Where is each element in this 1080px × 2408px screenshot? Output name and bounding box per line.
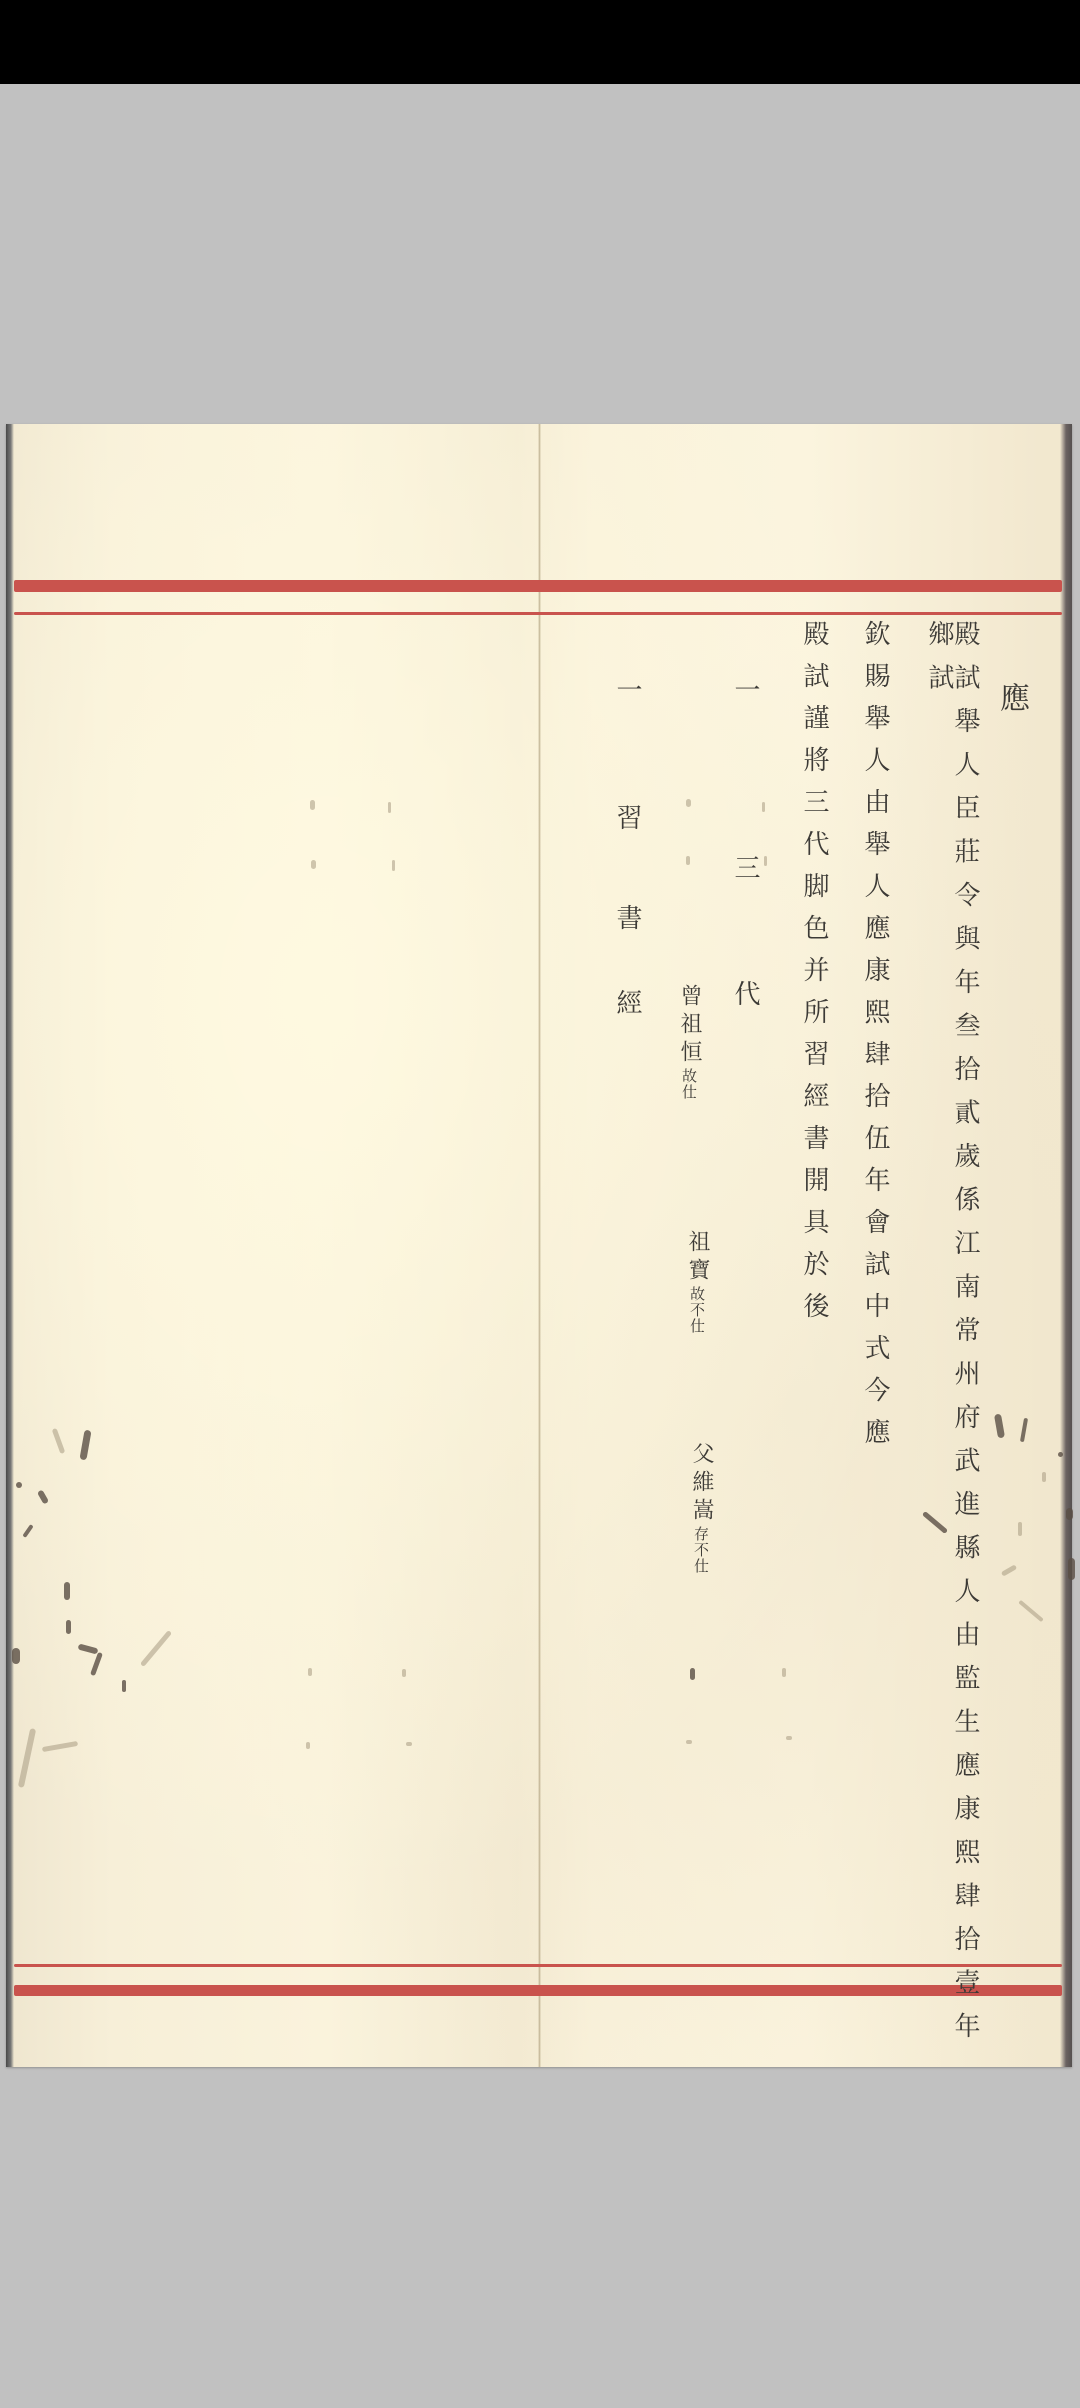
top-red-rule-thick: [14, 580, 1062, 592]
three-generations-label-2: 代: [732, 980, 758, 1020]
wormhole-mark: [782, 1668, 786, 1677]
wormhole-mark: [22, 1524, 33, 1538]
wormhole-mark: [311, 860, 316, 869]
wormhole-mark: [1020, 1418, 1028, 1442]
wormhole-mark: [1066, 1508, 1073, 1520]
ancestor-relation: 曾祖: [677, 984, 702, 1040]
ancestor-note: 不仕: [692, 1542, 710, 1574]
top-red-rule-thin: [14, 612, 1062, 615]
page-edge-left: [6, 424, 14, 2067]
wormhole-mark: [18, 1728, 36, 1788]
text-column-3: 殿試謹將三代脚色并所習經書開具於後: [801, 620, 827, 1334]
wormhole-mark: [122, 1680, 126, 1692]
wormhole-mark: [66, 1620, 71, 1634]
wormhole-mark: [686, 799, 691, 807]
bottom-red-rule-thin: [14, 1964, 1062, 1967]
wormhole-mark: [12, 1648, 20, 1664]
ancestor-note: 存: [692, 1526, 710, 1542]
wormhole-mark: [786, 1736, 792, 1740]
classic-marker: 一: [614, 676, 640, 716]
ancestor-note: 故: [680, 1068, 698, 1084]
page-edge-right: [1060, 424, 1072, 2067]
ancestor-note: 仕: [680, 1084, 698, 1100]
wormhole-mark: [392, 860, 395, 871]
ancestor-great-grandfather: 曾祖恒故仕: [674, 984, 705, 1100]
wormhole-mark: [1001, 1564, 1017, 1576]
wormhole-mark: [402, 1669, 406, 1677]
heading-character: 應: [996, 682, 1026, 726]
status-bar: [0, 0, 1080, 84]
text-column-1: 殿試舉人臣莊令與年叁拾貳歲係江南常州府武進縣人由監生應康熙肆拾壹年鄉試: [926, 620, 978, 2067]
ancestor-name: 恒: [677, 1040, 702, 1068]
wormhole-mark: [140, 1630, 172, 1667]
scanned-document-page: 應 殿試舉人臣莊令與年叁拾貳歲係江南常州府武進縣人由監生應康熙肆拾壹年鄉試 欽賜…: [6, 424, 1072, 2067]
ancestor-relation: 祖: [685, 1230, 710, 1258]
center-fold: [538, 424, 541, 2067]
wormhole-mark: [764, 856, 767, 866]
ancestor-grandfather: 祖寶故不仕: [682, 1230, 713, 1334]
three-generations-marker: 一: [732, 676, 758, 716]
ancestor-note: 不仕: [688, 1302, 706, 1334]
wormhole-mark: [64, 1582, 70, 1600]
ancestor-name: 寶: [685, 1258, 710, 1286]
wormhole-mark: [686, 1740, 692, 1744]
wormhole-mark: [37, 1489, 49, 1504]
wormhole-mark: [90, 1652, 103, 1676]
wormhole-mark: [690, 1668, 695, 1680]
wormhole-mark: [306, 1742, 310, 1749]
ancestor-name: 維嵩: [689, 1470, 714, 1526]
wormhole-mark: [1042, 1472, 1046, 1482]
ancestor-note: 故: [688, 1286, 706, 1302]
wormhole-mark: [1068, 1558, 1075, 1580]
three-generations-label-1: 三: [732, 854, 758, 894]
wormhole-mark: [1018, 1522, 1022, 1536]
wormhole-mark: [308, 1668, 312, 1676]
wormhole-mark: [79, 1430, 91, 1461]
text-column-2: 欽賜舉人由舉人應康熙肆拾伍年會試中式今應: [862, 620, 888, 1460]
classic-char-2: 書: [614, 904, 640, 944]
wormhole-mark: [994, 1414, 1005, 1439]
wormhole-mark: [78, 1644, 99, 1655]
bottom-red-rule-thick: [14, 1985, 1062, 1996]
ancestor-relation: 父: [689, 1442, 714, 1470]
wormhole-mark: [388, 802, 391, 813]
wormhole-mark: [762, 802, 765, 812]
wormhole-mark: [1058, 1452, 1063, 1457]
ancestor-father: 父維嵩存不仕: [686, 1442, 717, 1574]
wormhole-mark: [42, 1741, 78, 1752]
wormhole-mark: [406, 1742, 412, 1746]
wormhole-mark: [686, 856, 690, 865]
wormhole-mark: [1018, 1600, 1044, 1622]
wormhole-mark: [16, 1482, 22, 1488]
classic-char-3: 經: [614, 989, 640, 1029]
wormhole-mark: [52, 1428, 66, 1454]
classic-char-1: 習: [614, 804, 640, 844]
wormhole-mark: [310, 800, 315, 810]
